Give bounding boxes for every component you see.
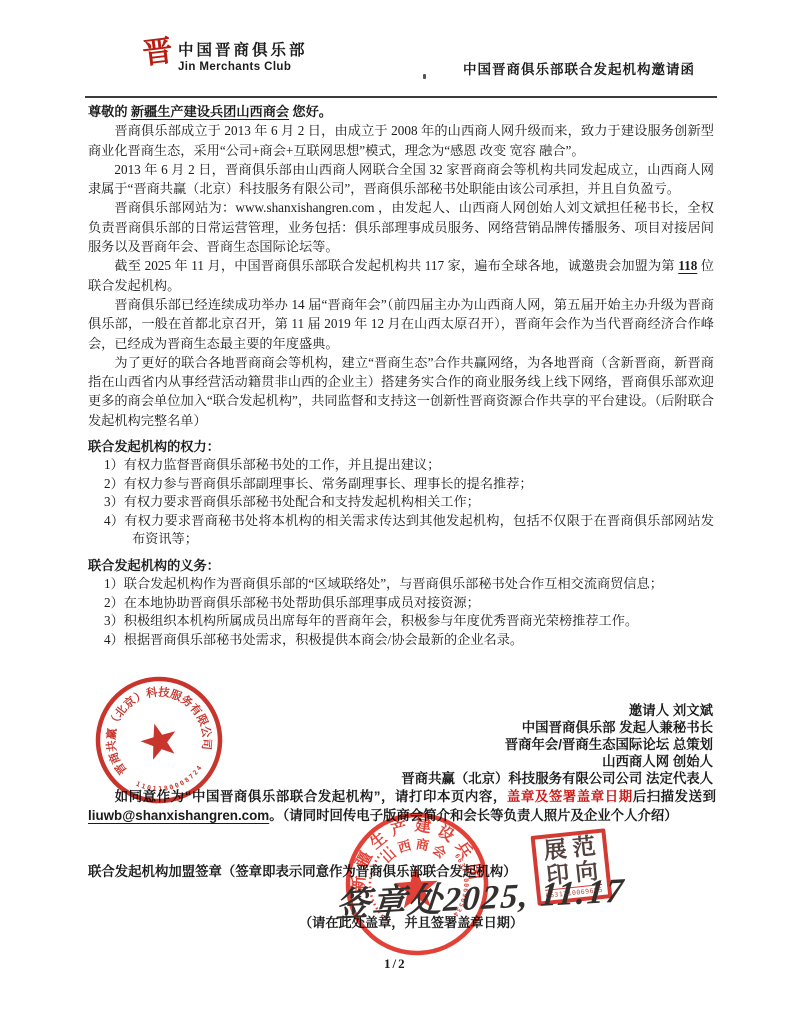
invitee-organization: 新疆生产建设兵团山西商会 bbox=[131, 104, 289, 119]
salutation-suffix: 您好。 bbox=[289, 104, 332, 119]
rights-item-2: 2）有权力参与晋商俱乐部副理事长、常务副理事长、理事长的提名推荐； bbox=[88, 475, 714, 494]
salutation: 尊敬的 新疆生产建设兵团山西商会 您好。 bbox=[88, 102, 714, 121]
invitation-text-a: 截至 2025 年 11 月，中国晋商俱乐部联合发起机构共 117 家，遍布全球… bbox=[114, 258, 678, 273]
salutation-prefix: 尊敬的 bbox=[88, 104, 131, 119]
scan-artifact bbox=[423, 74, 426, 79]
company-seal-serial: 1101180008724 bbox=[133, 761, 209, 801]
duties-item-4: 4）根据晋商俱乐部秘书处需求，积极提供本商会/协会最新的企业名录。 bbox=[88, 631, 714, 650]
rights-item-1: 1）有权力监督晋商俱乐部秘书处的工作，并且提出建议； bbox=[88, 456, 714, 475]
closing-red-emphasis: 盖章及签署盖章日期 bbox=[507, 789, 633, 804]
paragraph-website: 晋商俱乐部网站为：www.shanxishangren.com ，由发起人、山西… bbox=[88, 198, 714, 256]
scanned-invitation-letter: 晋 中国晋商俱乐部 Jin Merchants Club 中国晋商俱乐部联合发起… bbox=[0, 0, 800, 1022]
duties-item-1: 1）联合发起机构作为晋商俱乐部的“区域联络处”，与晋商俱乐部秘书处合作互相交流商… bbox=[88, 575, 714, 594]
rights-item-4: 4）有权力要求晋商秘书处将本机构的相关需求传达到其他发起机构，包括不仅限于在晋商… bbox=[88, 512, 714, 549]
logo-text-block: 中国晋商俱乐部 Jin Merchants Club bbox=[178, 38, 308, 73]
paragraph-invitation: 截至 2025 年 11 月，中国晋商俱乐部联合发起机构共 117 家，遍布全球… bbox=[88, 256, 714, 295]
document-title: 中国晋商俱乐部联合发起机构邀请函 bbox=[463, 58, 695, 78]
closing-text-b: 后扫描发送到 bbox=[633, 789, 716, 804]
header-divider bbox=[85, 96, 717, 98]
paragraph-annual-meeting: 晋商俱乐部已经连续成功举办 14 届“晋商年会”（前四届主办为山西商人网，第五届… bbox=[88, 295, 714, 353]
inviter-title-4: 晋商共赢（北京）科技服务有限公司公司 法定代表人 bbox=[401, 771, 713, 788]
duties-item-2: 2）在本地协助晋商俱乐部秘书处帮助俱乐部理事成员对接资源； bbox=[88, 594, 714, 613]
letter-body: 尊敬的 新疆生产建设兵团山西商会 您好。 晋商俱乐部成立于 2013 年 6 月… bbox=[88, 102, 714, 649]
logo-title: 中国晋商俱乐部 bbox=[178, 38, 308, 60]
logo-subtitle: Jin Merchants Club bbox=[178, 61, 308, 73]
rights-heading: 联合发起机构的权力： bbox=[88, 437, 714, 456]
inviter-title-2: 晋商年会/晋商生态国际论坛 总策划 bbox=[401, 737, 713, 754]
duties-heading: 联合发起机构的义务： bbox=[88, 556, 714, 575]
signature-block: 邀请人 刘文斌 中国晋商俱乐部 发起人兼秘书长 晋商年会/晋商生态国际论坛 总策… bbox=[401, 703, 713, 788]
rights-item-3: 3）有权力要求晋商俱乐部秘书处配合和支持发起机构相关工作； bbox=[88, 493, 714, 512]
inviter-name: 邀请人 刘文斌 bbox=[401, 703, 713, 720]
member-number-118: 118 bbox=[678, 258, 697, 273]
jin-merchants-club-logo-icon: 晋 bbox=[138, 31, 177, 79]
inviter-title-1: 中国晋商俱乐部 发起人兼秘书长 bbox=[401, 720, 713, 737]
duties-item-3: 3）积极组织本机构所属成员出席每年的晋商年会，积极参与年度优秀晋商光荣榜推荐工作… bbox=[88, 612, 714, 631]
paragraph-founding: 2013 年 6 月 2 日，晋商俱乐部由山西商人网联合全国 32 家晋商商会等… bbox=[88, 160, 714, 199]
company-seal-star-icon bbox=[137, 719, 181, 762]
paragraph-ecosystem: 为了更好的联合各地晋商商会等机构，建立“晋商生态”合作共赢网络，为各地晋商（含新… bbox=[88, 353, 714, 430]
paragraph-intro: 晋商俱乐部成立于 2013 年 6 月 2 日，由成立于 2008 年的山西商人… bbox=[88, 121, 714, 160]
company-seal-serial-holder: 1101180008724 bbox=[133, 761, 209, 801]
inviter-title-3: 山西商人网 创始人 bbox=[401, 754, 713, 771]
